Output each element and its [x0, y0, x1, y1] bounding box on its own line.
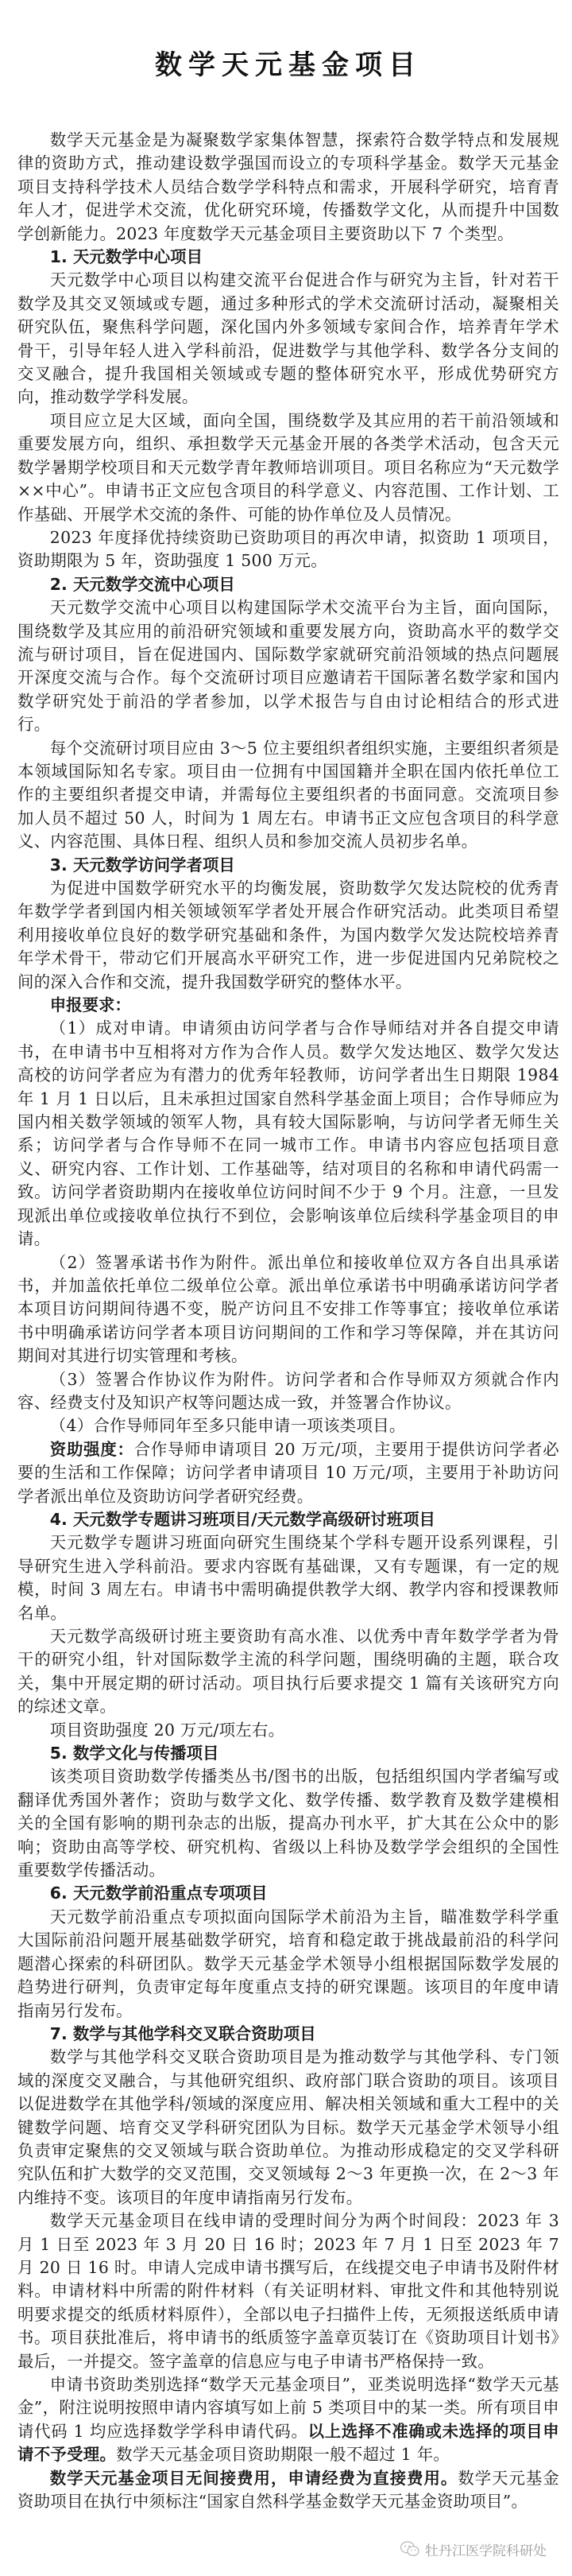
- cost-paragraph: 数学天元基金项目无间接费用，申请经费为直接费用。数学天元基金资助项目在执行中须标…: [17, 2467, 559, 2514]
- section-4-paragraph: 项目资助强度 20 万元/项左右。: [17, 1719, 559, 1742]
- section-heading-6: 6. 天元数学前沿重点专项项目: [17, 1882, 559, 1905]
- page-title: 数学天元基金项目: [17, 0, 559, 113]
- section-heading-4: 4. 天元数学专题讲习班项目/天元数学高级研讨班项目: [17, 1508, 559, 1531]
- requirement-item: （2）签署承诺书作为附件。派出单位和接收单位双方各自出具承诺书，并加盖依托单位二…: [17, 1251, 559, 1368]
- section-heading-7: 7. 数学与其他学科交叉联合资助项目: [17, 2023, 559, 2046]
- intro-paragraph: 数学天元基金是为凝聚数学家集体智慧，探索符合数学特点和发展规律的资助方式，推动建…: [17, 129, 559, 246]
- funding-label: 资助强度：: [50, 1440, 134, 1459]
- section-2-paragraph: 每个交流研讨项目应由 3～5 位主要组织者组织实施，主要组织者须是本领域国际知名…: [17, 737, 559, 854]
- section-heading-2: 2. 天元数学交流中心项目: [17, 573, 559, 596]
- category-tail: 数学天元基金项目资助期限一般不超过 1 年。: [116, 2445, 450, 2464]
- wechat-icon: [400, 2540, 420, 2558]
- requirement-item: （1）成对申请。申请须由访问学者与合作导师结对并各自提交申请书，在申请书中互相将…: [17, 1017, 559, 1251]
- document-page: 数学天元基金项目 数学天元基金是为凝聚数学家集体智慧，探索符合数学特点和发展规律…: [17, 0, 559, 2513]
- category-paragraph: 申请书资助类别选择“数学天元基金项目”，亚类说明选择“数学天元基金”，附注说明按…: [17, 2373, 559, 2467]
- section-heading-5: 5. 数学文化与传播项目: [17, 1742, 559, 1765]
- section-heading-1: 1. 天元数学中心项目: [17, 246, 559, 269]
- requirement-item: （4）合作导师同年至多只能申请一项该类项目。: [17, 1414, 559, 1437]
- requirement-item: （3）签署合作协议作为附件。访问学者和合作导师双方须就合作内容、经费支付及知识产…: [17, 1368, 559, 1415]
- watermark-text: 牡丹江医学院科研处: [425, 2539, 547, 2559]
- watermark: 牡丹江医学院科研处: [400, 2538, 547, 2560]
- section-2-paragraph: 天元数学交流中心项目以构建国际学术交流平台为主旨，面向国际，围绕数学及其应用的前…: [17, 596, 559, 736]
- section-heading-3: 3. 天元数学访问学者项目: [17, 854, 559, 877]
- section-6-paragraph: 天元数学前沿重点专项拟面向国际学术前沿为主旨，瞄准数学科学重大国际前沿问题开展基…: [17, 1906, 559, 2023]
- section-1-paragraph: 项目应立足大区域，面向全国，围绕数学及其应用的若干前沿领域和重要发展方向，组织、…: [17, 409, 559, 526]
- funding-paragraph: 资助强度：合作导师申请项目 20 万元/项，主要用于提供访问学者必要的生活和工作…: [17, 1438, 559, 1508]
- section-3-paragraph: 为促进中国数学研究水平的均衡发展，资助数学欠发达院校的优秀青年数学学者到国内相关…: [17, 877, 559, 994]
- section-4-paragraph: 天元数学专题讲习班面向研究生围绕某个学科专题开设系列课程，引导研究生进入学科前沿…: [17, 1531, 559, 1625]
- requirements-label: 申报要求：: [17, 994, 559, 1017]
- section-5-paragraph: 该类项目资助数学传播类丛书/图书的出版，包括组织国内学者编写或翻译优秀国外著作；…: [17, 1765, 559, 1882]
- section-7-paragraph: 数学与其他学科交叉联合资助项目是为推动数学与其他学科、专门领域的深度交叉融合，与…: [17, 2046, 559, 2209]
- submission-paragraph: 数学天元基金项目在线申请的受理时间分为两个时间段：2023 年 3 月 1 日至…: [17, 2209, 559, 2373]
- section-4-paragraph: 天元数学高级研讨班主要资助有高水准、以优秀中青年数学学者为骨干的研究小组，针对国…: [17, 1625, 559, 1719]
- cost-bold: 数学天元基金项目无间接费用，申请经费为直接费用。: [50, 2469, 458, 2488]
- section-1-paragraph: 天元数学中心项目以构建交流平台促进合作与研究为主旨，针对若干数学及其交叉领域或专…: [17, 269, 559, 409]
- section-1-paragraph: 2023 年度择优持续资助已资助项目的再次申请，拟资助 1 项项目，资助期限为 …: [17, 526, 559, 573]
